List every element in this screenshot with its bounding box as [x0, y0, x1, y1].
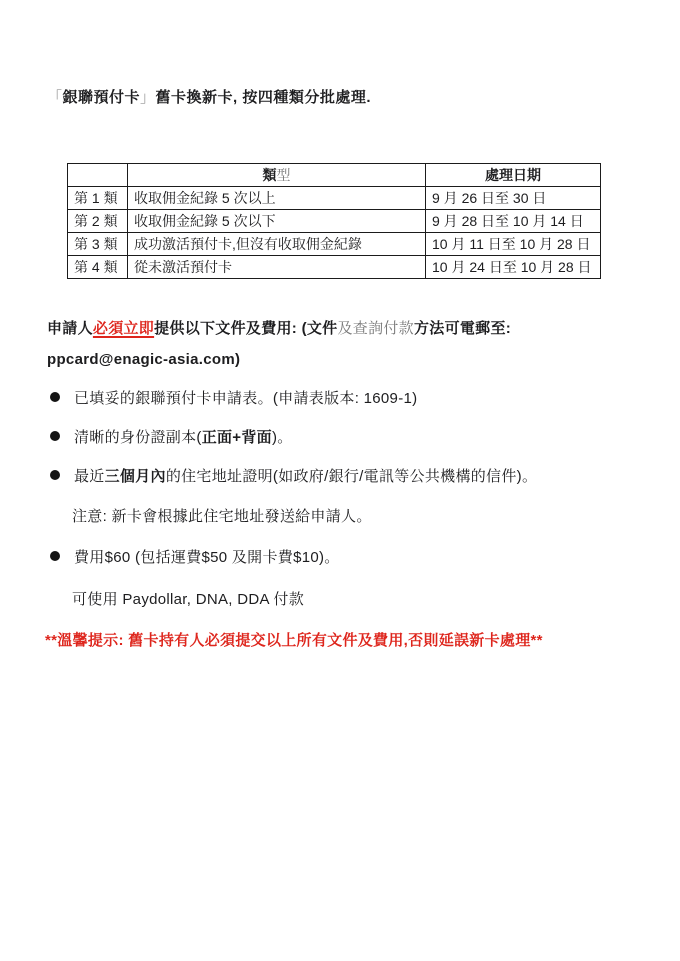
bullet-icon: [50, 470, 60, 480]
bullet-icon: [50, 392, 60, 402]
cell-category: 第 2 類: [68, 210, 128, 233]
address-note: 注意: 新卡會根據此住宅地址發送給申請人。: [72, 505, 372, 526]
table-row: 第 2 類 收取佣金紀錄 5 次以下 9 月 28 日至 10 月 14 日: [68, 210, 601, 233]
cell-description: 收取佣金紀錄 5 次以上: [128, 187, 426, 210]
cell-dates: 10 月 24 日至 10 月 28 日: [426, 256, 601, 279]
intro-substituted: 及查詢付款: [337, 320, 414, 337]
table-row: 第 4 類 從未激活預付卡 10 月 24 日至 10 月 28 日: [68, 256, 601, 279]
table-row: 第 3 類 成功激活預付卡,但沒有收取佣金紀錄 10 月 11 日至 10 月 …: [68, 233, 601, 256]
header-cell-empty: [68, 164, 128, 187]
cell-dates: 9 月 26 日至 30 日: [426, 187, 601, 210]
cell-description: 收取佣金紀錄 5 次以下: [128, 210, 426, 233]
bullet-text: 已填妥的銀聯預付卡申請表。(申請表版本: 1609-1): [74, 387, 417, 408]
bullet-text: 最近三個月內的住宅地址證明(如政府/銀行/電訊等公共機構的信件)。: [74, 465, 537, 486]
title-brand: 銀聯預付卡: [63, 89, 141, 106]
table-row: 第 1 類 收取佣金紀錄 5 次以上 9 月 26 日至 30 日: [68, 187, 601, 210]
bullet-fee: 費用$60 (包括運費$50 及開卡費$10)。: [47, 546, 340, 567]
cell-description: 成功激活預付卡,但沒有收取佣金紀錄: [128, 233, 426, 256]
title-rest: 舊卡換新卡, 按四種類分批處理.: [156, 89, 372, 106]
intro-mid1: 提供以下文件及費用: (文件: [154, 320, 337, 337]
intro-mid2: 方法可電郵至:: [414, 320, 511, 337]
cell-category: 第 1 類: [68, 187, 128, 210]
bullet-id-copy: 清晰的身份證副本(正面+背面)。: [47, 426, 293, 447]
payment-methods-note: 可使用 Paydollar, DNA, DDA 付款: [72, 588, 304, 609]
bullet-icon: [50, 431, 60, 441]
cell-category: 第 4 類: [68, 256, 128, 279]
title-close-bracket: 」: [140, 89, 156, 106]
document-page: 「銀聯預付卡」舊卡換新卡, 按四種類分批處理. 類型 處理日期 第 1 類 收取…: [0, 0, 680, 961]
bullet-application-form: 已填妥的銀聯預付卡申請表。(申請表版本: 1609-1): [47, 387, 417, 408]
cell-dates: 9 月 28 日至 10 月 14 日: [426, 210, 601, 233]
cell-dates: 10 月 11 日至 10 月 28 日: [426, 233, 601, 256]
card-batch-table: 類型 處理日期 第 1 類 收取佣金紀錄 5 次以上 9 月 26 日至 30 …: [67, 163, 601, 279]
intro-paragraph: 申請人必須立即提供以下文件及費用: (文件及查詢付款方法可電郵至:: [47, 317, 511, 338]
intro-urgent-text: 必須立即: [93, 320, 154, 337]
bullet-address-proof: 最近三個月內的住宅地址證明(如政府/銀行/電訊等公共機構的信件)。: [47, 465, 537, 486]
bullet-text: 清晰的身份證副本(正面+背面)。: [74, 426, 293, 447]
table-header-row: 類型 處理日期: [68, 164, 601, 187]
cell-description: 從未激活預付卡: [128, 256, 426, 279]
header-cell-date: 處理日期: [426, 164, 601, 187]
bullet-icon: [50, 551, 60, 561]
reminder-warning: **溫馨提示: 舊卡持有人必須提交以上所有文件及費用,否則延誤新卡處理**: [45, 629, 543, 650]
header-cell-type: 類型: [128, 164, 426, 187]
contact-email: ppcard@enagic-asia.com): [47, 351, 240, 368]
cell-category: 第 3 類: [68, 233, 128, 256]
bullet-text: 費用$60 (包括運費$50 及開卡費$10)。: [74, 546, 340, 567]
title-open-bracket: 「: [47, 89, 63, 106]
intro-prefix: 申請人: [47, 320, 93, 337]
page-title: 「銀聯預付卡」舊卡換新卡, 按四種類分批處理.: [47, 86, 371, 107]
